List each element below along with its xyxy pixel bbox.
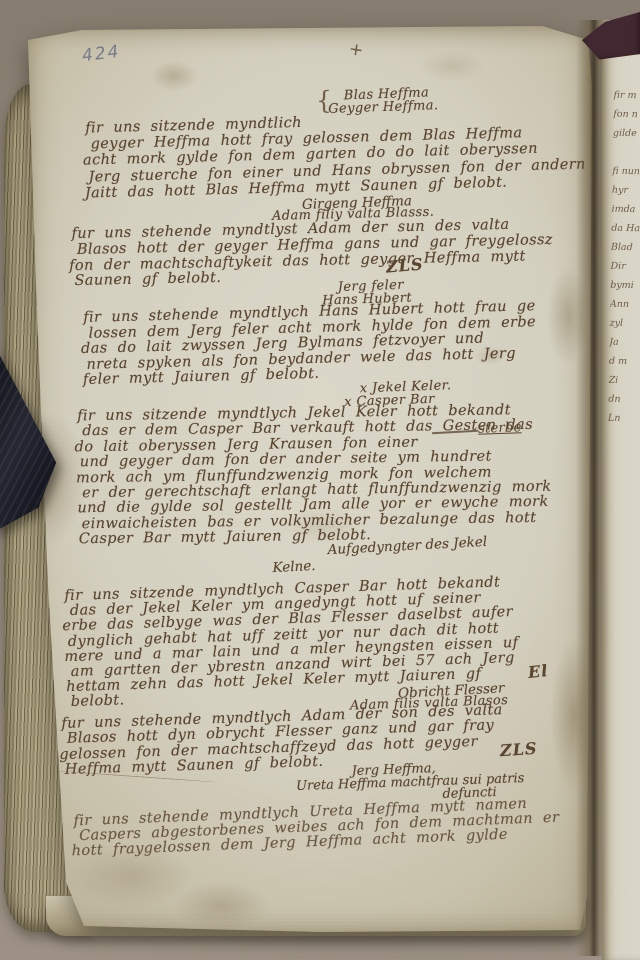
entry-3-body: fir uns stehende myndtlych Hans Hubert h… (83, 299, 537, 389)
dark-cover-sheen (0, 328, 68, 532)
entry-2-flourish: ZLS (385, 254, 424, 276)
entry-1-body: fir uns sitzende myndtlichgeyger Heffma … (85, 107, 586, 201)
entry-2-body: fur uns stehende myndtlyst Adam der sun … (71, 217, 553, 290)
manuscript-photo: fir m fon n gilde fi nun hyr imda da Ha … (0, 0, 640, 960)
facing-page-sliver: fir m fon n gilde fi nun hyr imda da Ha … (602, 20, 640, 960)
inserted-underlined-word: sterbe (478, 419, 522, 437)
entry-5-flourish: El (527, 661, 549, 682)
facing-page-text-fragments: fir m fon n gilde fi nun hyr imda da Ha … (606, 86, 640, 517)
entry-6-flourish: ZLS (499, 739, 538, 761)
dark-cover-corner (0, 328, 68, 532)
